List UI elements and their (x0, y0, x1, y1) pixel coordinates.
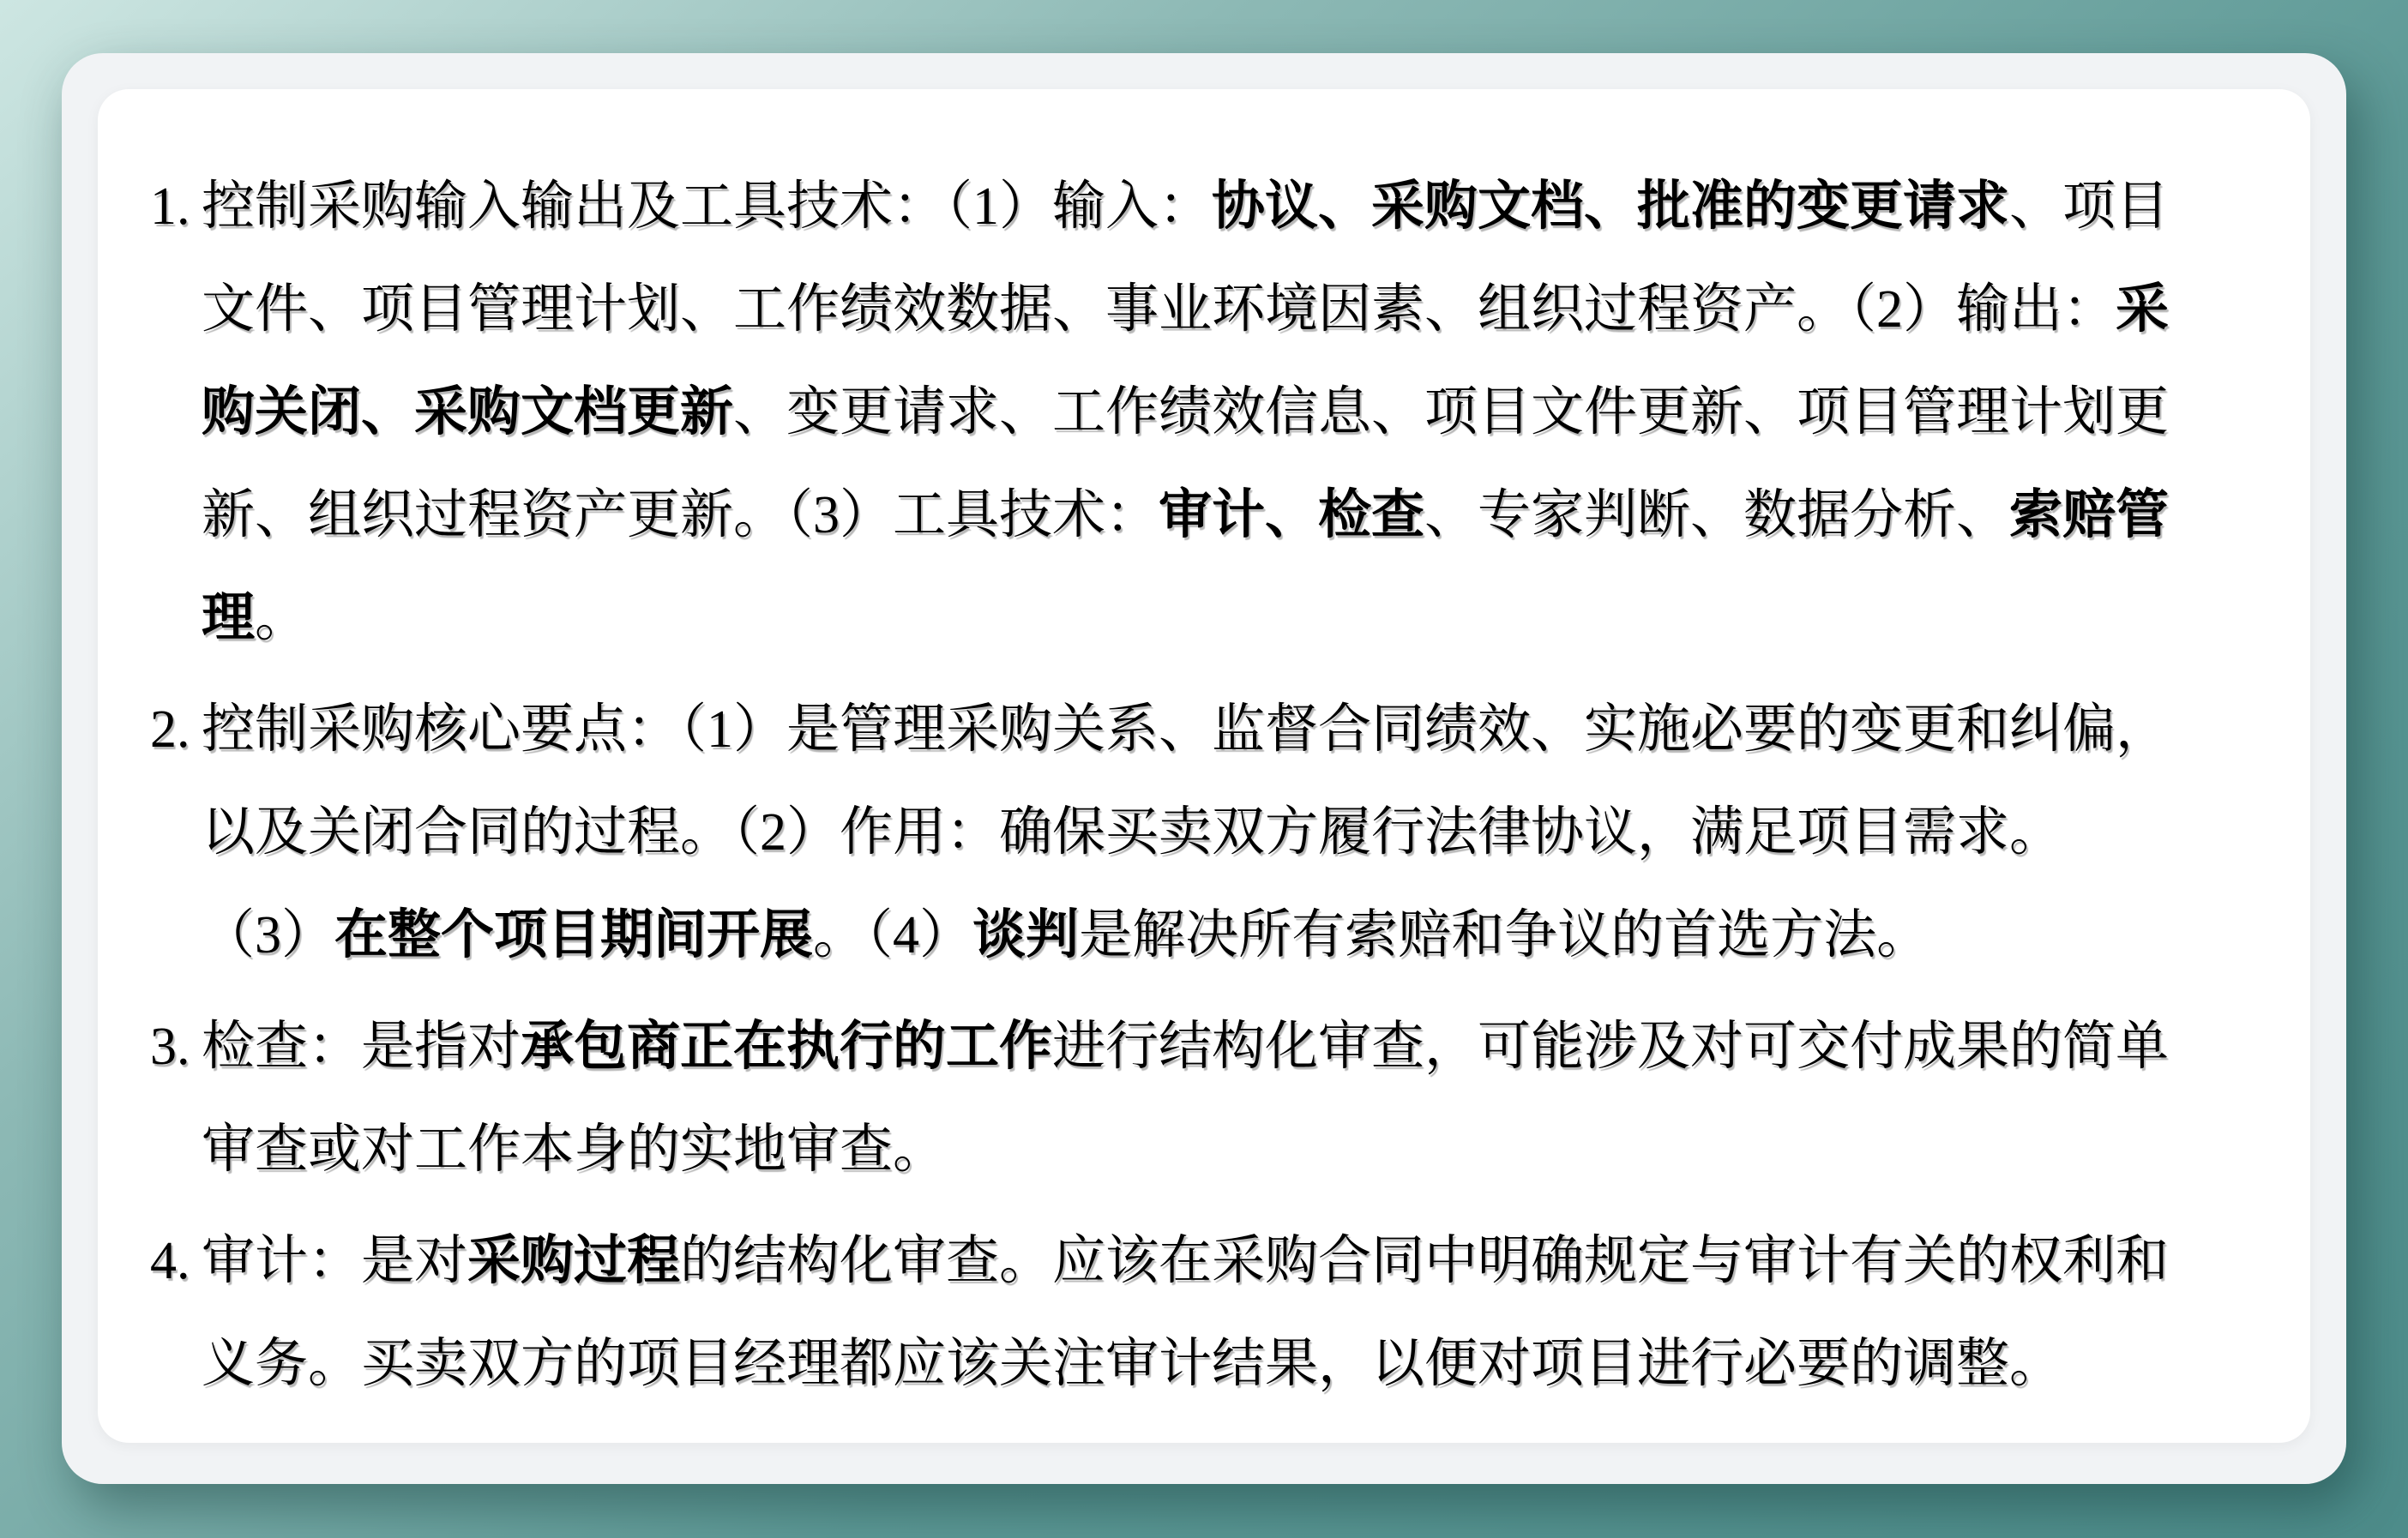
item-text: 控制采购输入输出及工具技术：（1）输入：协议、采购文档、批准的变更请求、项目 文… (202, 155, 2262, 670)
text-segment: 。 (255, 589, 308, 647)
list-item: 2.控制采购核心要点：（1）是管理采购关系、监督合同绩效、实施必要的变更和纠偏，… (150, 678, 2262, 987)
text-segment: 。（4） (813, 906, 972, 964)
note-card: 1.控制采购输入输出及工具技术：（1）输入：协议、采购文档、批准的变更请求、项目… (98, 89, 2310, 1443)
item-text: 控制采购核心要点：（1）是管理采购关系、监督合同绩效、实施必要的变更和纠偏， 以… (202, 678, 2262, 987)
bold-text-segment: 协议、采购文档、批准的变更请求 (1212, 177, 2009, 236)
list-item: 3.检查：是指对承包商正在执行的工作进行结构化审查，可能涉及对可交付成果的简单 … (150, 995, 2262, 1201)
item-number: 1. (150, 155, 202, 258)
gradient-background: 1.控制采购输入输出及工具技术：（1）输入：协议、采购文档、批准的变更请求、项目… (0, 0, 2408, 1538)
text-segment: 审计：是对 (202, 1232, 467, 1290)
item-text: 检查：是指对承包商正在执行的工作进行结构化审查，可能涉及对可交付成果的简单 审查… (202, 995, 2262, 1201)
item-number: 2. (150, 678, 202, 781)
list-item: 1.控制采购输入输出及工具技术：（1）输入：协议、采购文档、批准的变更请求、项目… (150, 155, 2262, 670)
notes-list: 1.控制采购输入输出及工具技术：（1）输入：协议、采购文档、批准的变更请求、项目… (150, 155, 2262, 1417)
item-number: 4. (150, 1210, 202, 1313)
item-text: 审计：是对采购过程的结构化审查。应该在采购合同中明确规定与审计有关的权利和 义务… (202, 1210, 2262, 1415)
text-segment: 是解决所有索赔和争议的首选方法。 (1079, 906, 1929, 964)
bold-text-segment: 在整个项目期间开展 (334, 906, 813, 964)
bold-text-segment: 承包商正在执行的工作 (521, 1018, 1052, 1076)
bold-text-segment: 审计、检查 (1159, 486, 1424, 544)
text-segment: 、专家判断、数据分析、 (1424, 486, 2009, 544)
bold-text-segment: 采购过程 (467, 1232, 680, 1290)
text-segment: 控制采购输入输出及工具技术：（1）输入： (202, 177, 1212, 236)
text-segment: 检查：是指对 (202, 1018, 521, 1076)
list-item: 4.审计：是对采购过程的结构化审查。应该在采购合同中明确规定与审计有关的权利和 … (150, 1210, 2262, 1415)
item-number: 3. (150, 995, 202, 1098)
outer-card: 1.控制采购输入输出及工具技术：（1）输入：协议、采购文档、批准的变更请求、项目… (62, 53, 2346, 1484)
bold-text-segment: 谈判 (972, 906, 1079, 964)
